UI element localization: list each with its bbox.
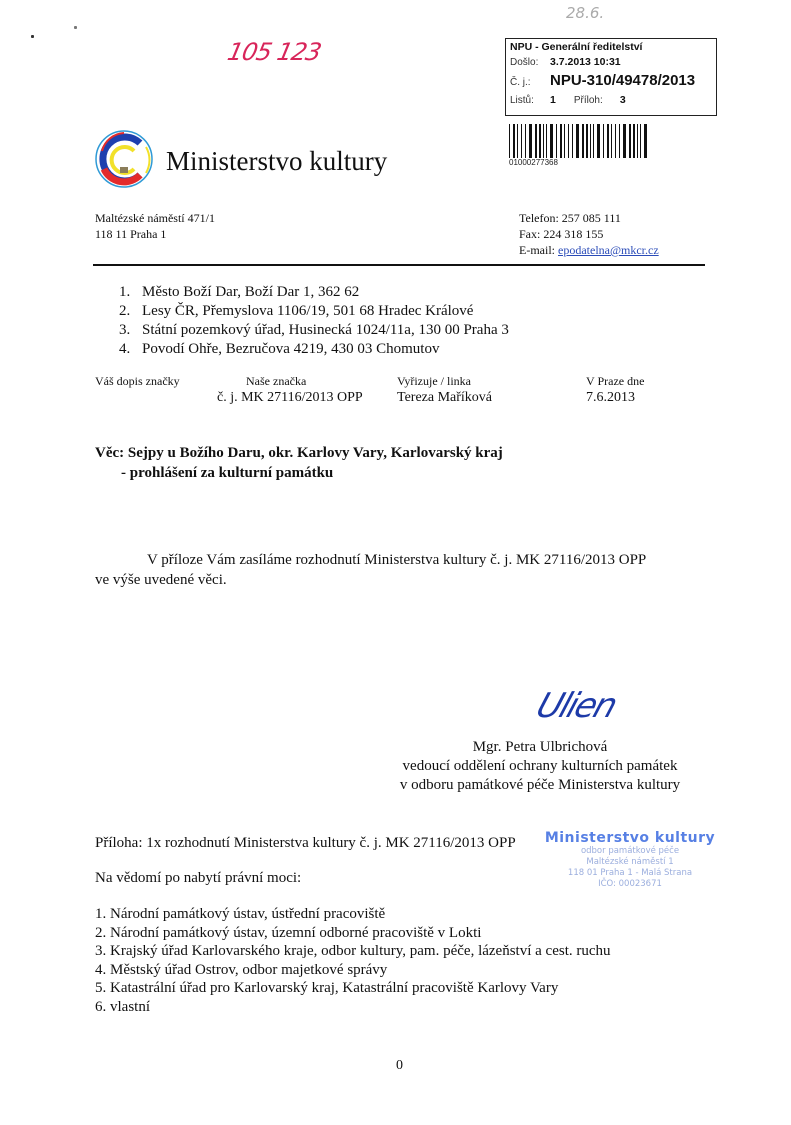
stamp-title: Ministerstvo kultury — [535, 830, 725, 846]
email-label: E-mail: — [519, 243, 558, 257]
cc-item: 6. vlastní — [95, 998, 611, 1017]
recipient-item: 2.Lesy ČR, Přemyslova 1106/19, 501 68 Hr… — [119, 302, 509, 321]
ministry-stamp: Ministerstvo kultury odbor památkové péč… — [535, 830, 725, 890]
subject-line-1: Věc: Sejpy u Božího Daru, okr. Karlovy V… — [95, 443, 503, 463]
body-line-2: ve výše uvedené věci. — [95, 570, 715, 590]
attachments-label: Příloh: — [574, 93, 620, 109]
scan-speck — [31, 35, 34, 38]
signer-role: v odboru památkové péče Ministerstva kul… — [365, 776, 715, 795]
cc-item: 2. Národní památkový ústav, územní odbor… — [95, 924, 611, 943]
handwritten-registry-number: 105 123 — [225, 38, 323, 66]
received-label: Došlo: — [510, 55, 550, 71]
sheets-label: Listů: — [510, 93, 550, 109]
attachment-note: Příloha: 1x rozhodnutí Ministerstva kult… — [95, 833, 516, 853]
body-line-1: V příloze Vám zasíláme rozhodnutí Minist… — [95, 550, 715, 570]
cc-list: 1. Národní památkový ústav, ústřední pra… — [95, 905, 611, 1016]
subject-line-2: - prohlášení za kulturní památku — [95, 463, 503, 483]
our-ref-value: č. j. MK 27116/2013 OPP — [217, 389, 363, 406]
signer-role: vedoucí oddělení ochrany kulturních pamá… — [365, 757, 715, 776]
cc-item: 3. Krajský úřad Karlovarského kraje, odb… — [95, 942, 611, 961]
handler-value: Tereza Maříková — [397, 389, 492, 406]
date-value: 7.6.2013 — [586, 389, 644, 406]
sheets-value: 1 — [550, 92, 556, 108]
barcode-number: 01000277368 — [509, 158, 558, 167]
recipients-list: 1.Město Boží Dar, Boží Dar 1, 362 622.Le… — [119, 283, 509, 359]
ministry-address: Maltézské náměstí 471/1 118 11 Praha 1 — [95, 210, 215, 242]
your-ref: Váš dopis značky — [95, 373, 180, 389]
header-divider — [93, 264, 705, 266]
signer-block: Mgr. Petra Ulbrichová vedoucí oddělení o… — [365, 738, 715, 795]
cc-item: 1. Národní památkový ústav, ústřední pra… — [95, 905, 611, 924]
our-ref: Naše značka č. j. MK 27116/2013 OPP — [217, 373, 363, 406]
recipient-item: 3.Státní pozemkový úřad, Husinecká 1024/… — [119, 321, 509, 340]
recipient-text: Lesy ČR, Přemyslova 1106/19, 501 68 Hrad… — [142, 302, 473, 321]
place-label: V Praze dne — [586, 373, 644, 389]
handler: Vyřizuje / linka Tereza Maříková — [397, 373, 492, 406]
npu-stamp-title: NPU - Generální ředitelství — [510, 41, 712, 54]
recipient-item: 4.Povodí Ohře, Bezručova 4219, 430 03 Ch… — [119, 340, 509, 359]
received-value: 3.7.2013 10:31 — [550, 54, 621, 70]
stamp-line: Maltézské náměstí 1 — [535, 857, 725, 868]
address-line: 118 11 Praha 1 — [95, 226, 215, 242]
npu-ref-label: Č. j.: — [510, 73, 550, 92]
subject: Věc: Sejpy u Božího Daru, okr. Karlovy V… — [95, 443, 503, 483]
recipient-text: Povodí Ohře, Bezručova 4219, 430 03 Chom… — [142, 340, 439, 359]
stamp-line: odbor památkové péče — [535, 846, 725, 857]
stamp-line: IČO: 00023671 — [535, 879, 725, 890]
recipient-number: 4. — [119, 340, 142, 359]
handwritten-note: 28.6. — [566, 4, 604, 22]
notice-heading: Na vědomí po nabytí právní moci: — [95, 868, 301, 888]
recipient-text: Město Boží Dar, Boží Dar 1, 362 62 — [142, 283, 359, 302]
recipient-item: 1.Město Boží Dar, Boží Dar 1, 362 62 — [119, 283, 509, 302]
email-link[interactable]: epodatelna@mkcr.cz — [558, 243, 659, 257]
date-block: V Praze dne 7.6.2013 — [586, 373, 644, 406]
recipient-number: 2. — [119, 302, 142, 321]
signer-name: Mgr. Petra Ulbrichová — [365, 738, 715, 757]
recipient-text: Státní pozemkový úřad, Husinecká 1024/11… — [142, 321, 509, 340]
handwritten-signature: Ulien — [532, 686, 621, 726]
ministry-contact: Telefon: 257 085 111 Fax: 224 318 155 E-… — [519, 210, 659, 258]
scan-speck — [74, 26, 77, 29]
letter-body: V příloze Vám zasíláme rozhodnutí Minist… — [95, 550, 715, 590]
npu-receipt-stamp: NPU - Generální ředitelství Došlo: 3.7.2… — [505, 38, 717, 116]
our-ref-label: Naše značka — [217, 373, 363, 389]
attachments-value: 3 — [620, 92, 626, 108]
recipient-number: 3. — [119, 321, 142, 340]
recipient-number: 1. — [119, 283, 142, 302]
page-number: 0 — [396, 1058, 403, 1074]
handler-label: Vyřizuje / linka — [397, 373, 492, 389]
stamp-line: 118 01 Praha 1 - Malá Strana — [535, 868, 725, 879]
address-line: Maltézské náměstí 471/1 — [95, 210, 215, 226]
ministry-logo-icon — [94, 129, 154, 189]
npu-ref-value: NPU-310/49478/2013 — [550, 71, 695, 90]
ministry-name: Ministerstvo kultury — [166, 146, 387, 177]
barcode — [509, 124, 713, 158]
cc-item: 4. Městský úřad Ostrov, odbor majetkové … — [95, 961, 611, 980]
your-ref-label: Váš dopis značky — [95, 373, 180, 389]
phone: Telefon: 257 085 111 — [519, 210, 659, 226]
cc-item: 5. Katastrální úřad pro Karlovarský kraj… — [95, 979, 611, 998]
fax: Fax: 224 318 155 — [519, 226, 659, 242]
